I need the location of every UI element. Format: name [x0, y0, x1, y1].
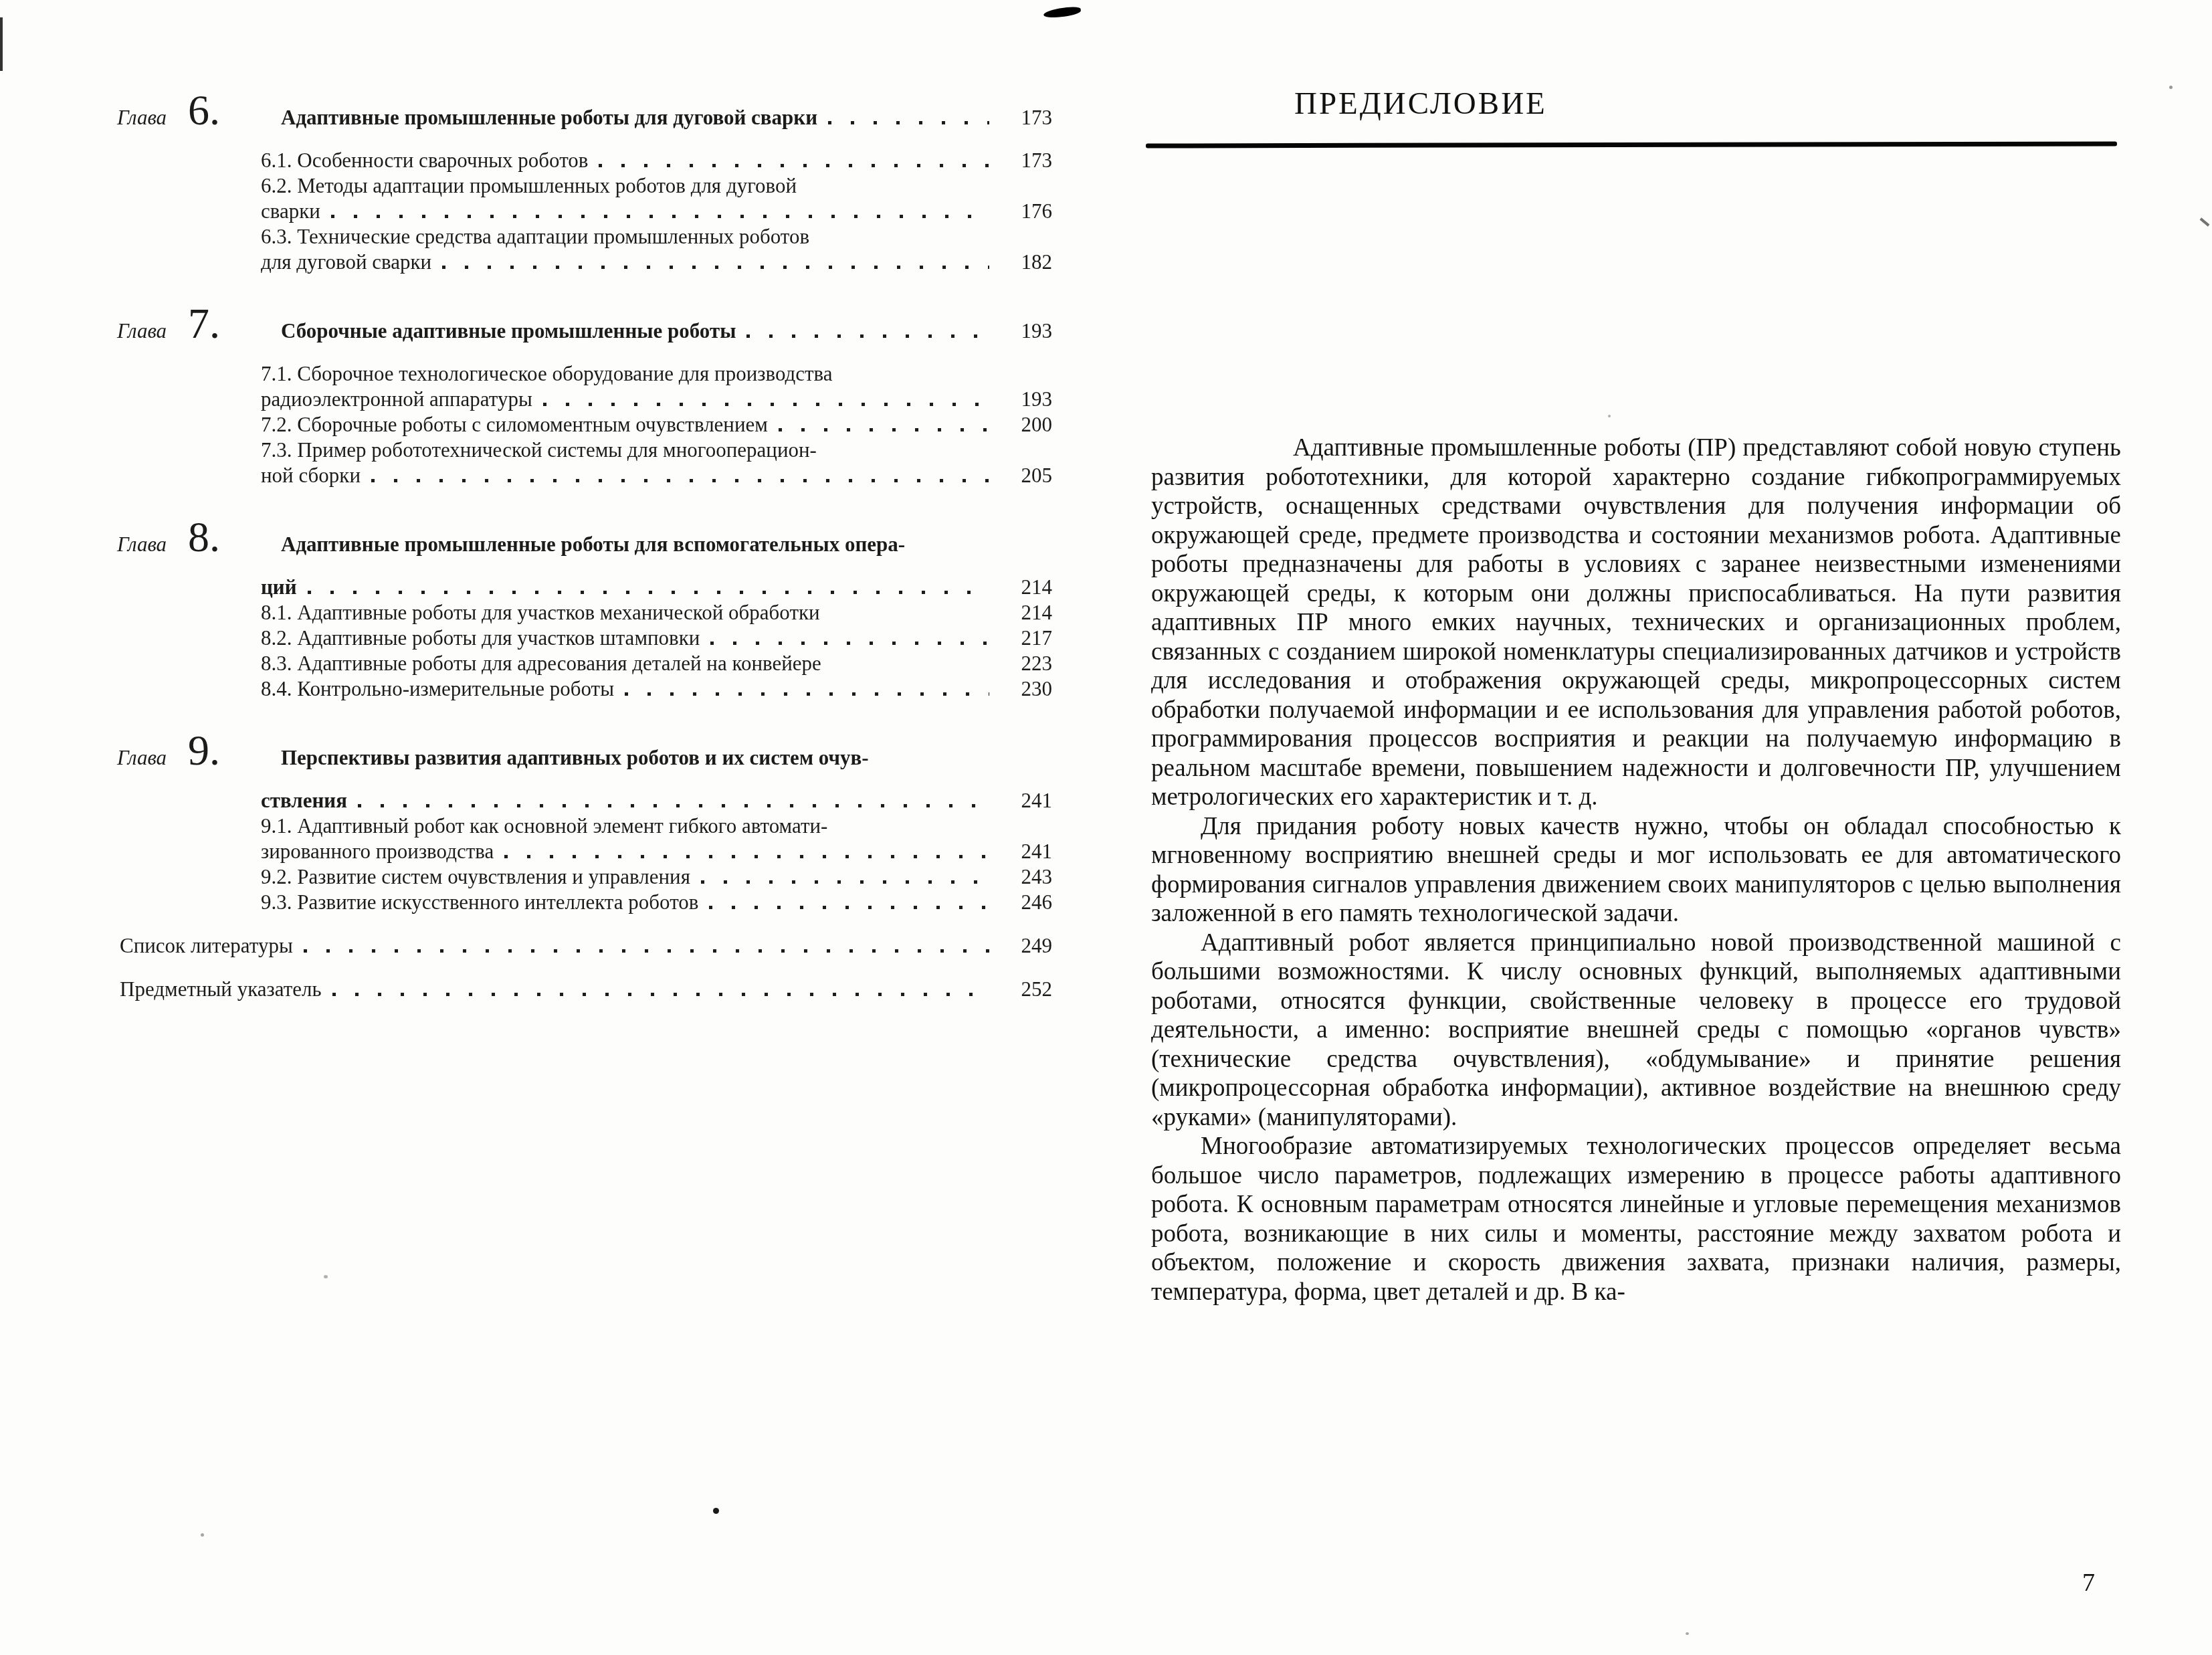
toc-page-number: 200 [997, 412, 1052, 437]
toc-page-number: 176 [997, 199, 1052, 224]
toc-entry-text: для дуговой сварки [261, 250, 431, 275]
toc-entry-row: сварки176 [117, 199, 1052, 224]
toc-entry-row: ной сборки205 [117, 463, 1052, 488]
toc-page-number: 193 [997, 387, 1052, 412]
toc-page-number: 243 [997, 864, 1052, 890]
toc-page-number: 230 [997, 676, 1052, 702]
toc-entry-text: Список литературы [120, 933, 293, 959]
chapter-number: 7. [188, 306, 281, 342]
toc-entry-row: 9.2. Развитие систем очувствления и упра… [117, 864, 1052, 890]
toc-entry-row: 7.1. Сборочное технологическое оборудова… [117, 361, 1052, 387]
toc-chapter-row: Глава6.Адаптивные промышленные роботы дл… [117, 92, 1052, 130]
dot-leader [358, 804, 989, 807]
toc-page-number: 223 [997, 651, 1052, 676]
toc-page-number: 241 [997, 788, 1052, 813]
scan-smudge [1043, 6, 1081, 19]
toc-entry-text: Сборочные адаптивные промышленные роботы [281, 318, 736, 344]
toc-entry-text: Адаптивные промышленные роботы для дугов… [281, 105, 817, 130]
chapter-number: 9. [188, 733, 281, 769]
preface-heading: ПРЕДИСЛОВИЕ [1294, 86, 1547, 122]
toc-entry-text: 6.1. Особенности сварочных роботов [261, 148, 588, 173]
toc-page-number: 205 [997, 463, 1052, 488]
dot-leader [331, 215, 989, 218]
toc-entry-row: 8.1. Адаптивные роботы для участков меха… [117, 600, 1052, 625]
dot-leader [701, 880, 989, 884]
toc-entry-text: 9.3. Развитие искусственного интеллекта … [261, 890, 698, 915]
table-of-contents: Глава6.Адаптивные промышленные роботы дл… [117, 92, 1052, 1002]
toc-entry-row: 8.4. Контрольно-измерительные роботы230 [117, 676, 1052, 702]
chapter-number: 8. [188, 519, 281, 555]
toc-entry-row: 6.2. Методы адаптации промышленных робот… [117, 173, 1052, 199]
chapter-word: Глава [117, 105, 188, 130]
scan-edge-line [0, 17, 3, 71]
toc-entry-row: Предметный указатель252 [117, 977, 1052, 1002]
toc-entry-text: ствления [261, 788, 347, 813]
dot-leader [504, 855, 989, 858]
toc-entry-row: 9.1. Адаптивный робот как основной элеме… [117, 813, 1052, 839]
scan-speck [201, 1533, 204, 1537]
toc-entry-text: Перспективы развития адаптивных роботов … [281, 745, 869, 771]
toc-entry-text: 9.2. Развитие систем очувствления и упра… [261, 864, 690, 890]
toc-entry-text: 8.1. Адаптивные роботы для участков меха… [261, 600, 820, 625]
toc-page-number: 217 [997, 625, 1052, 651]
toc-entry-row: зированного производства241 [117, 839, 1052, 864]
toc-entry-row: ций214 [117, 575, 1052, 600]
dot-leader [625, 692, 989, 696]
toc-entry-row: для дуговой сварки182 [117, 250, 1052, 275]
toc-page-number: 246 [997, 890, 1052, 915]
toc-entry-text: ной сборки [261, 463, 361, 488]
toc-entry-text: ций [261, 575, 297, 600]
toc-entry-text: 8.4. Контрольно-измерительные роботы [261, 676, 614, 702]
chapter-word: Глава [117, 745, 188, 771]
preface-page: ПРЕДИСЛОВИЕ Адаптивные промышленные робо… [1146, 0, 2119, 1655]
dot-leader [710, 642, 989, 645]
toc-entry-text: 7.1. Сборочное технологическое оборудова… [261, 361, 833, 387]
toc-entry-text: 6.3. Технические средства адаптации пром… [261, 224, 809, 250]
toc-page-number: 241 [997, 839, 1052, 864]
toc-page-number: 173 [997, 105, 1052, 130]
dot-leader [308, 591, 989, 594]
preface-body: Адаптивные промышленные роботы (ПР) пред… [1151, 433, 2121, 1306]
toc-page-number: 193 [997, 318, 1052, 344]
dot-leader [442, 266, 989, 269]
scan-speck [1608, 415, 1611, 417]
scan-speck [324, 1275, 328, 1278]
toc-entry-row: 7.3. Пример робототехнической системы дл… [117, 437, 1052, 463]
toc-chapter-row: Глава8.Адаптивные промышленные роботы дл… [117, 519, 1052, 557]
chapter-word: Глава [117, 318, 188, 344]
scan-speck [2169, 86, 2173, 89]
dot-leader [304, 949, 989, 953]
toc-entry-text: 8.2. Адаптивные роботы для участков штам… [261, 625, 700, 651]
dot-leader [746, 334, 989, 338]
toc-entry-row: 7.2. Сборочные роботы с силомоментным оч… [117, 412, 1052, 437]
toc-entry-row: 8.2. Адаптивные роботы для участков штам… [117, 625, 1052, 651]
toc-entry-text: зированного производства [261, 839, 494, 864]
toc-page-number: 252 [997, 977, 1052, 1002]
scan-edge-tick [2200, 217, 2210, 226]
toc-entry-row: ствления241 [117, 788, 1052, 813]
toc-entry-row: 8.3. Адаптивные роботы для адресования д… [117, 651, 1052, 676]
toc-entry-text: 7.2. Сборочные роботы с силомоментным оч… [261, 412, 768, 437]
toc-page-number: 173 [997, 148, 1052, 173]
toc-entry-text: радиоэлектронной аппаратуры [261, 387, 532, 412]
page-number: 7 [2082, 1568, 2095, 1597]
toc-entry-text: 8.3. Адаптивные роботы для адресования д… [261, 651, 821, 676]
toc-page-number: 214 [997, 575, 1052, 600]
preface-paragraph: Адаптивный робот является принципиально … [1151, 929, 2121, 1133]
toc-entry-row: 9.3. Развитие искусственного интеллекта … [117, 890, 1052, 915]
chapter-word: Глава [117, 532, 188, 557]
toc-entry-text: сварки [261, 199, 320, 224]
toc-entry-row: 6.3. Технические средства адаптации пром… [117, 224, 1052, 250]
heading-rule [1146, 141, 2117, 148]
dot-leader [709, 906, 989, 909]
toc-entry-row: Список литературы249 [117, 933, 1052, 959]
chapter-number: 6. [188, 92, 281, 128]
toc-entry-text: Адаптивные промышленные роботы для вспом… [281, 532, 905, 557]
dot-leader [779, 428, 989, 431]
preface-paragraph: Многообразие автоматизируемых технологич… [1151, 1132, 2121, 1306]
toc-entry-text: 9.1. Адаптивный робот как основной элеме… [261, 813, 827, 839]
scan-speck [1686, 1632, 1689, 1635]
dot-leader [371, 479, 989, 482]
toc-entry-text: 6.2. Методы адаптации промышленных робот… [261, 173, 797, 199]
toc-page-number: 182 [997, 250, 1052, 275]
toc-entry-row: радиоэлектронной аппаратуры193 [117, 387, 1052, 412]
dot-leader [828, 121, 989, 124]
toc-page-number: 214 [997, 600, 1052, 625]
preface-paragraph: Для придания роботу новых качеств нужно,… [1151, 812, 2121, 929]
toc-page-number: 249 [997, 933, 1052, 959]
leader-gap [831, 616, 989, 619]
toc-entry-text: 7.3. Пример робототехнической системы дл… [261, 437, 817, 463]
toc-entry-text: Предметный указатель [120, 977, 322, 1002]
toc-chapter-row: Глава7.Сборочные адаптивные промышленные… [117, 306, 1052, 344]
dot-leader [332, 993, 989, 996]
preface-paragraph: Адаптивные промышленные роботы (ПР) пред… [1151, 433, 2121, 812]
dot-leader [599, 164, 989, 167]
toc-entry-row: 6.1. Особенности сварочных роботов173 [117, 148, 1052, 173]
leader-gap [832, 667, 989, 670]
dot-leader [543, 403, 989, 406]
scan-speck [713, 1508, 719, 1514]
toc-chapter-row: Глава9.Перспективы развития адаптивных р… [117, 733, 1052, 771]
